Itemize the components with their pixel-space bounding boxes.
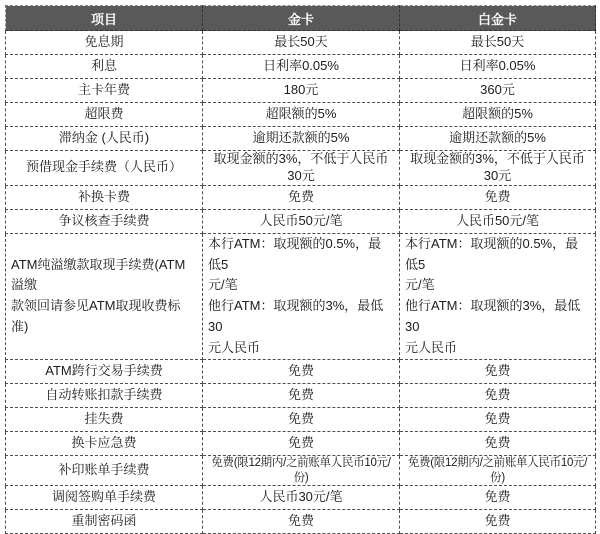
platinum-value-cell: 360元 [400, 79, 596, 103]
item-cell: 滞纳金 (人民币) [6, 127, 203, 151]
item-cell: 自动转账扣款手续费 [6, 383, 203, 407]
table-row: 换卡应急费免费免费 [6, 431, 596, 455]
table-row: 自动转账扣款手续费免费免费 [6, 383, 596, 407]
platinum-value-cell: 日利率0.05% [400, 55, 596, 79]
platinum-value-cell: 免费 [400, 383, 596, 407]
gold-value-cell: 人民币30元/笔 [203, 486, 400, 500]
col-header-item: 项目 [6, 6, 203, 31]
gold-value-cell: 人民币50元/笔 [203, 209, 400, 233]
col-header-platinum-card: 白金卡 [400, 6, 596, 31]
fee-table-header: 项目 金卡 白金卡 [6, 6, 596, 31]
gold-value-cell: 免费 [203, 359, 400, 383]
table-row: ATM纯溢缴款取现手续费(ATM溢缴 款领回请参见ATM取现收费标准)本行ATM… [6, 233, 596, 359]
gold-value-cell: 免费 [203, 185, 400, 209]
item-cell: 调阅签购单手续费 [6, 486, 203, 500]
item-cell: 利息 [6, 55, 203, 79]
item-cell: 超限费 [6, 103, 203, 127]
platinum-value-cell: 免费 [400, 359, 596, 383]
gold-value-cell: 日利率0.05% [203, 55, 400, 79]
table-row: 预借现金手续费（人民币）取现金额的3%，不低于人民币 30元取现金额的3%，不低… [6, 151, 596, 186]
col-header-gold-card: 金卡 [203, 6, 400, 31]
table-row: 主卡年费180元360元 [6, 79, 596, 103]
platinum-value-cell: 免费(限12期内/之前账单人民币10元/份) [400, 455, 596, 486]
gold-value-cell: 最长50天 [203, 31, 400, 55]
item-cell: 挂失费 [6, 407, 203, 431]
table-row: ATM跨行交易手续费免费免费 [6, 359, 596, 383]
item-cell: 主卡年费 [6, 79, 203, 103]
platinum-value-cell: 免费 [400, 486, 596, 500]
item-cell: ATM跨行交易手续费 [6, 359, 203, 383]
table-row: 争议核查手续费人民币50元/笔人民币50元/笔 [6, 209, 596, 233]
gold-value-cell: 取现金额的3%，不低于人民币 30元 [203, 151, 400, 186]
gold-value-cell: 免费(限12期内/之前账单人民币10元/份) [203, 455, 400, 486]
platinum-value-cell: 免费 [400, 431, 596, 455]
table-row: 调阅签购单手续费人民币30元/笔免费 [6, 486, 596, 500]
platinum-value-cell: 本行ATM：取现额的0.5%，最低5 元/笔 他行ATM：取现额的3%，最低30… [400, 233, 596, 359]
item-cell: 补印账单手续费 [6, 455, 203, 486]
platinum-value-cell: 逾期还款额的5% [400, 127, 596, 151]
item-cell: 补换卡费 [6, 185, 203, 209]
table-row: 利息日利率0.05%日利率0.05% [6, 55, 596, 79]
item-cell: ATM纯溢缴款取现手续费(ATM溢缴 款领回请参见ATM取现收费标准) [6, 233, 203, 359]
table-row: 超限费超限额的5%超限额的5% [6, 103, 596, 127]
fee-table-body: 免息期最长50天最长50天利息日利率0.05%日利率0.05%主卡年费180元3… [6, 31, 596, 501]
gold-value-cell: 免费 [203, 407, 400, 431]
platinum-value-cell: 取现金额的3%，不低于人民币 30元 [400, 151, 596, 186]
platinum-value-cell: 人民币50元/笔 [400, 209, 596, 233]
fee-table-container: 项目 金卡 白金卡 免息期最长50天最长50天利息日利率0.05%日利率0.05… [5, 5, 595, 500]
header-row: 项目 金卡 白金卡 [6, 6, 596, 31]
item-cell: 免息期 [6, 31, 203, 55]
table-row: 补印账单手续费免费(限12期内/之前账单人民币10元/份)免费(限12期内/之前… [6, 455, 596, 486]
gold-value-cell: 180元 [203, 79, 400, 103]
table-row: 滞纳金 (人民币)逾期还款额的5%逾期还款额的5% [6, 127, 596, 151]
table-row: 免息期最长50天最长50天 [6, 31, 596, 55]
gold-value-cell: 免费 [203, 431, 400, 455]
item-cell: 争议核查手续费 [6, 209, 203, 233]
platinum-value-cell: 免费 [400, 407, 596, 431]
gold-value-cell: 本行ATM：取现额的0.5%，最低5 元/笔 他行ATM：取现额的3%，最低30… [203, 233, 400, 359]
table-row: 补换卡费免费免费 [6, 185, 596, 209]
platinum-value-cell: 最长50天 [400, 31, 596, 55]
gold-value-cell: 超限额的5% [203, 103, 400, 127]
table-row: 挂失费免费免费 [6, 407, 596, 431]
item-cell: 换卡应急费 [6, 431, 203, 455]
platinum-value-cell: 免费 [400, 185, 596, 209]
platinum-value-cell: 超限额的5% [400, 103, 596, 127]
gold-value-cell: 逾期还款额的5% [203, 127, 400, 151]
fee-table: 项目 金卡 白金卡 免息期最长50天最长50天利息日利率0.05%日利率0.05… [5, 5, 596, 500]
item-cell: 预借现金手续费（人民币） [6, 151, 203, 186]
gold-value-cell: 免费 [203, 383, 400, 407]
